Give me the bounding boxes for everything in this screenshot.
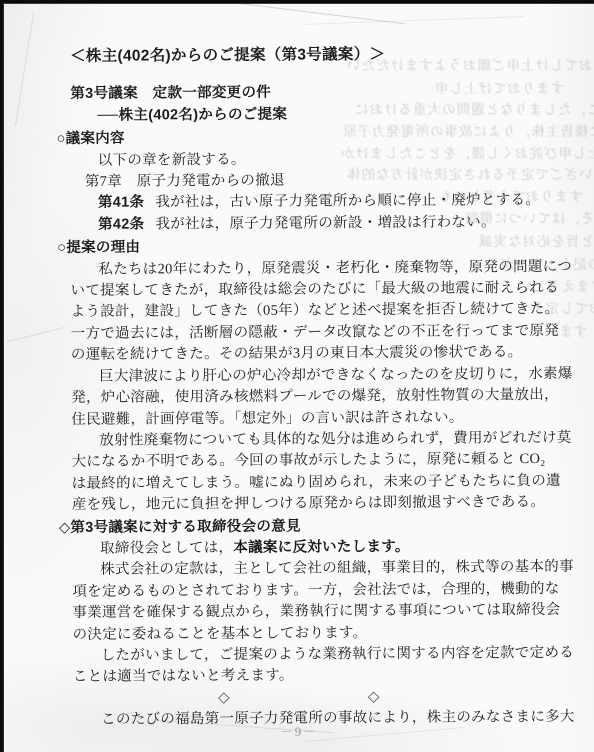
opinion-paragraph-line: したがいまして，ご提案のような業務執行に関する内容を定款で定める: [60, 643, 560, 667]
section-label-content: ○議案内容: [57, 126, 557, 150]
article-42-text: 我が社は，原子力発電所の新設・増設は行わない。: [155, 214, 495, 232]
reason-paragraph-line: よう設計，建設」してきた（05年）などと述べ提案を拒否し続けてきた。: [58, 299, 558, 323]
diamond-icon: ◇: [368, 689, 380, 705]
article-41-label: 第41条: [98, 195, 144, 211]
proposal-heading: 第3号議案 定款一部変更の件: [56, 81, 556, 105]
opinion-paragraph-line: 事業運営を確保する観点から，業務執行に関する事項については取締役会: [59, 600, 559, 624]
opinion-paragraph-line: の決定に委ねることを基本としております。: [60, 621, 560, 645]
opinion-paragraph-line: ことは適当ではないと考えます。: [60, 664, 560, 688]
paper-crease: [237, 3, 406, 24]
content-intro-line: 以下の章を新設する。: [57, 148, 557, 172]
reason-paragraph-line: は最終的に増えてしまう。嘘にぬり固められ，未来の子どもたちに負の遺: [59, 471, 559, 495]
reason-paragraph-line: の運転を続けてきた。その結果が3月の東日本大震災の惨状である。: [58, 342, 558, 366]
article-42-label: 第42条: [98, 216, 144, 232]
board-opinion-heading: ◇第3号議案に対する取締役会の意見: [59, 514, 559, 538]
paper-crease: [15, 13, 34, 127]
section-separator: ◇◇: [60, 686, 560, 710]
reason-paragraph-line: 産を残し，地元に負担を押しつける原発からは即刻撤退すべきである。: [59, 492, 559, 516]
section-label-reason: ○提案の理由: [57, 235, 557, 259]
board-opinion-statement: 取締役会としては，本議案に反対いたします。: [59, 536, 559, 560]
scanned-page: りおてしけ上申ご願おうよすまけだたいすまりおてげ上し申のこ，たしまりなと題問の大…: [0, 0, 594, 752]
paper-sheet: りおてしけ上申ご願おうよすまけだたいすまりおてげ上し申のこ，たしまりなと題問の大…: [3, 3, 594, 752]
article-41: 第41条我が社は，古い原子力発電所から順に停止・廃炉とする。: [57, 190, 557, 214]
reason-paragraph-line: 発，炉心溶融，使用済み核燃料プールでの爆発，放射性物質の大量放出，: [58, 385, 558, 409]
page-title: ＜株主(402名)からのご提案（第3号議案）＞: [56, 43, 556, 67]
reason-paragraph-line: 巨大津波により肝心の炉心冷却ができなくなったのを皮切りに，水素爆: [58, 364, 558, 388]
proposal-subheading: ──株主(402名)からのご提案: [56, 103, 556, 127]
reason-paragraph-line: 住民避難，計画停電等。「想定外」の言い訳は許されない。: [58, 406, 558, 430]
reason-paragraph-line: いて提案してきたが，取締役は総会のたびに「最大級の地震に耐えられる: [57, 278, 557, 302]
statement-prefix: 取締役会としては，: [100, 540, 233, 557]
reason-paragraph-line: 一方で過去には，活断層の隠蔽・データ改竄などの不正を行ってまで原発: [58, 321, 558, 345]
paper-crease: [304, 16, 524, 25]
reason-paragraph-line: 放射性廃棄物についても具体的な処分は進められず，費用がどれだけ莫: [58, 428, 558, 452]
diamond-icon: ◇: [218, 690, 230, 706]
chapter-heading: 第7章 原子力発電からの撤退: [57, 169, 557, 193]
reason-paragraph-line: 私たちは20年にわたり，原発震災・老朽化・廃棄物等，原発の問題につ: [57, 257, 557, 281]
opinion-paragraph-line: 株式会社の定款は，主として会社の組織，事業目的，株式等の基本的事: [59, 557, 559, 581]
article-42: 第42条我が社は，原子力発電所の新設・増設は行わない。: [57, 212, 557, 236]
document-text: ＜株主(402名)からのご提案（第3号議案）＞ 第3号議案 定款一部変更の件 ─…: [56, 43, 560, 732]
statement-emphasis: 本議案に反対いたします。: [233, 539, 410, 556]
page-number: －9－: [4, 721, 594, 740]
opinion-paragraph-line: 項を定めるものとされております。一方，会社法では，合理的，機動的な: [59, 579, 559, 603]
article-41-text: 我が社は，古い原子力発電所から順に停止・廃炉とする。: [155, 192, 540, 210]
paper-crease: [7, 327, 65, 342]
reason-paragraph-line: 大になるか不明である。今回の事故が示したように，原発に頼ると CO₂: [58, 449, 558, 473]
